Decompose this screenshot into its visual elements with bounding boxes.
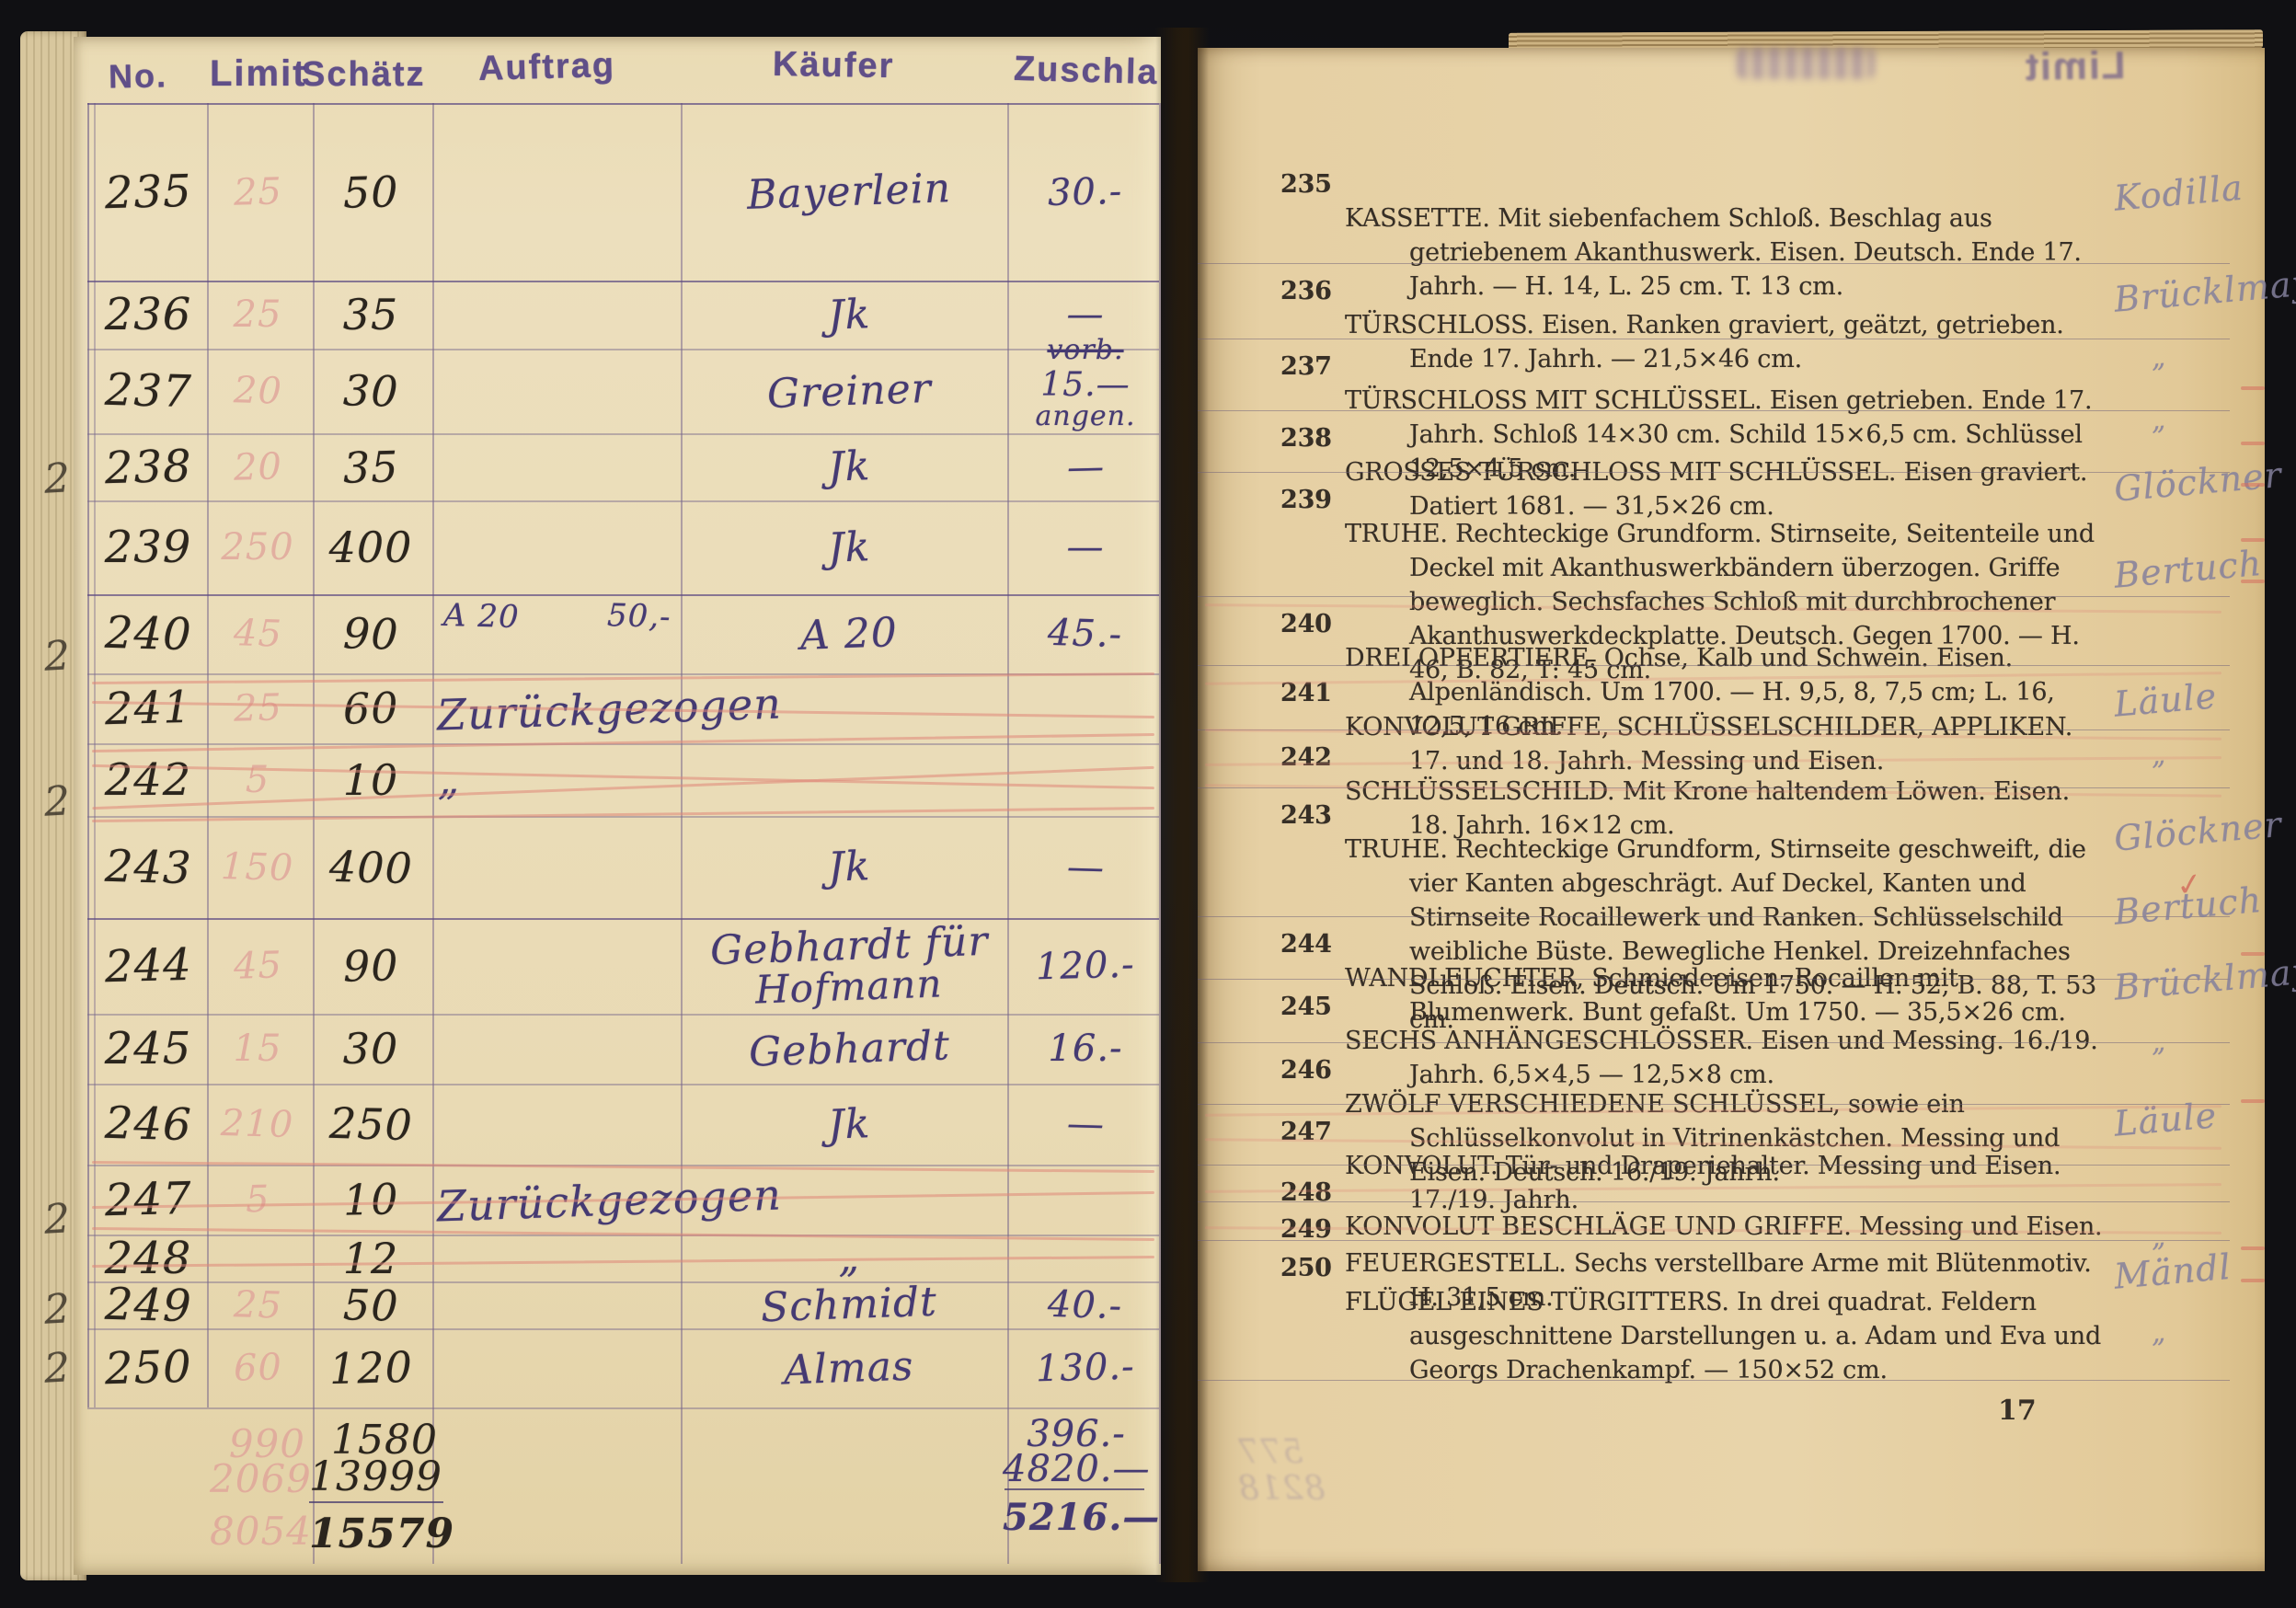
entry-separator [1198, 410, 2230, 411]
table-row: 239250400Jk— [87, 500, 1159, 594]
catalog-lot-number: 235 [1280, 167, 1341, 201]
hammer-price-accepted: angen. [1035, 400, 1135, 432]
totals-rule [309, 1501, 443, 1503]
cell-wrap: — [1013, 1084, 1158, 1165]
cell-wrap: 50 [316, 1281, 426, 1328]
catalog-lot-number: 246 [1280, 1053, 1341, 1087]
ledger-book-photo: No. Limit Schätz Auftrag Käufer Zuschla … [0, 0, 2296, 1608]
hammer-price: 45.- [1048, 612, 1123, 656]
offset-ghost-number: 577 [1237, 1433, 1303, 1471]
cell-wrap: 243 [91, 816, 205, 918]
cell-wrap: Jk [683, 500, 1015, 594]
entry-separator [1198, 263, 2230, 264]
edge-cut-digit: 2 [43, 454, 73, 502]
estimate-value: 50 [342, 1280, 399, 1331]
catalog-lot-number: 250 [1280, 1251, 1341, 1285]
edge-cut-digit: 2 [43, 1195, 73, 1243]
buyer-name: Jk [827, 1100, 871, 1149]
buyer-name: Almas [783, 1342, 914, 1394]
catalog-lot-number: 248 [1280, 1176, 1341, 1210]
hammer-price: 40.- [1048, 1282, 1123, 1327]
cell-wrap: 250 [316, 1084, 426, 1165]
cell-wrap: 60 [316, 673, 426, 743]
buyer-name: Bayerlein [746, 165, 952, 219]
cell-wrap: 35 [316, 433, 426, 500]
column-header-schaetz: Schätz [302, 55, 425, 95]
cell-wrap: 248 [91, 1235, 205, 1281]
table-row: 243150400Jk— [87, 816, 1159, 918]
cell-wrap: 45 [209, 918, 306, 1014]
offset-stamp-limit-mirrored: Limit [2024, 43, 2126, 89]
lot-number: 249 [104, 1278, 192, 1331]
table-row: 2451530Gebhardt16.- [87, 1014, 1159, 1084]
lot-number: 240 [104, 607, 192, 660]
lot-number: 243 [104, 840, 192, 893]
lot-number: 247 [104, 1173, 192, 1226]
lot-number: 237 [104, 364, 192, 418]
estimate-total: 13999 [309, 1453, 438, 1500]
table-row: 2444590Gebhardt fürHofmann120.- [87, 918, 1159, 1014]
hammer-price: 15.— [1040, 366, 1130, 404]
cell-wrap: 25 [209, 103, 306, 281]
lot-number: 245 [105, 1023, 192, 1074]
buyer-name: Gebhardt [748, 1022, 950, 1076]
cell-wrap: 30 [316, 1014, 426, 1084]
cell-wrap: 16.- [1013, 1014, 1158, 1084]
table-row: 2352550Bayerlein30.- [87, 103, 1159, 281]
cell-wrap: 249 [91, 1281, 205, 1328]
cell-wrap: — [1013, 500, 1158, 594]
lot-number: 244 [104, 939, 192, 993]
entry-separator [1198, 979, 2230, 980]
column-header-auftrag: Auftrag [477, 46, 615, 89]
edge-cut-digit: 2 [43, 777, 73, 825]
cell-wrap: Almas [683, 1328, 1015, 1407]
cell-wrap: 10 [316, 743, 426, 816]
entry-separator [1198, 339, 2230, 339]
red-tally-dash [2241, 1246, 2265, 1250]
cell-wrap: 245 [91, 1014, 205, 1084]
cell-wrap: 5 [209, 743, 306, 816]
cell-wrap: 237 [91, 349, 205, 433]
table-row-rule [87, 1407, 1159, 1409]
lot-number: 236 [105, 289, 192, 340]
limit-value: 25 [234, 293, 282, 336]
catalog-lot-number: 237 [1280, 350, 1341, 384]
cell-wrap: 90 [316, 918, 426, 1014]
red-tally-dash [2241, 580, 2265, 583]
cell-wrap: 45 [209, 594, 306, 673]
cell-wrap: 45.- [1013, 594, 1158, 673]
buyer-name: A 20 [799, 609, 898, 660]
limit-value: 45 [233, 612, 282, 655]
bid-order-value: A 20 [442, 597, 520, 636]
limit-value: 25 [233, 170, 282, 213]
hammer-price: 30.- [1048, 169, 1123, 213]
cell-wrap: — [1013, 433, 1158, 500]
cell-wrap: Schmidt [683, 1281, 1015, 1328]
hammer-price: 16.- [1048, 1028, 1122, 1070]
entry-separator [1198, 1042, 2230, 1043]
cell-wrap: Jk [683, 433, 1015, 500]
red-tally-dash [2241, 538, 2265, 542]
entry-separator [1198, 1104, 2230, 1105]
table-row: 2372030Greinervorb.15.—angen. [87, 349, 1159, 433]
hammer-price: 120.- [1036, 944, 1136, 989]
buyer-name: Greiner [766, 364, 932, 417]
hammer-price: — [1066, 1102, 1105, 1145]
estimate-value: 90 [342, 940, 399, 992]
lot-number: 239 [105, 522, 192, 573]
red-tally-dash [2241, 386, 2265, 390]
ink-smudge [1737, 48, 1875, 79]
cell-wrap: 30.- [1013, 103, 1158, 281]
table-row: 2382035Jk— [87, 433, 1159, 500]
estimate-value: 400 [328, 841, 413, 892]
buyer-name: Schmidt [760, 1279, 937, 1332]
cell-wrap: 120 [316, 1328, 426, 1407]
cell-wrap: 235 [91, 103, 205, 281]
estimate-value: 120 [328, 1342, 413, 1394]
cell-wrap: Jk [683, 281, 1015, 349]
lot-number: 238 [104, 440, 192, 493]
estimate-value: 10 [342, 1174, 399, 1225]
limit-value: 45 [233, 944, 282, 987]
cell-wrap: 25 [209, 281, 306, 349]
estimate-value: 400 [329, 523, 413, 572]
cell-wrap: 120.- [1013, 918, 1158, 1014]
catalog-lot-number: 242 [1280, 741, 1341, 775]
cell-wrap: 5 [209, 1165, 306, 1235]
catalog-lot-number: 245 [1280, 990, 1341, 1024]
cell-wrap: 239 [91, 500, 205, 594]
cell-wrap: 210 [209, 1084, 306, 1165]
cell-wrap: 30 [316, 349, 426, 433]
cell-wrap: 15 [209, 1014, 306, 1084]
bid-order-amount: 50,- [607, 597, 672, 636]
cell-wrap: 400 [316, 816, 426, 918]
estimate-value: 30 [343, 1024, 399, 1074]
entry-separator [1198, 1165, 2230, 1166]
entry-separator [1198, 1380, 2230, 1381]
cell-wrap: 50,- [589, 594, 690, 673]
column-header-limit: Limit [210, 53, 307, 95]
limit-value: 20 [233, 369, 282, 412]
red-checkmark: ✓ [2174, 865, 2205, 905]
page-number: 17 [1998, 1395, 2037, 1427]
entry-separator [1198, 1240, 2230, 1241]
book-gutter [1155, 28, 1209, 1582]
lot-number: 241 [104, 682, 192, 735]
buyer-name-line2: Hofmann [754, 960, 943, 1012]
edge-cut-digit: 2 [43, 1285, 73, 1333]
cell-wrap: Greiner [683, 349, 1015, 433]
limit-value: 250 [221, 526, 293, 569]
cell-wrap: Gebhardt [683, 1014, 1015, 1084]
catalog-lot-number: 240 [1280, 607, 1341, 641]
catalog-lot-number: 238 [1280, 421, 1341, 455]
cell-wrap: 246 [91, 1084, 205, 1165]
table-row: 242510„ [87, 743, 1159, 816]
cell-wrap: 236 [91, 281, 205, 349]
hammer-total: 4820.— [1003, 1448, 1150, 1490]
limit-value: 20 [233, 445, 282, 488]
withdrawn-note: „ [436, 754, 461, 805]
offset-ghost-number: 8218 [1237, 1470, 1326, 1508]
limit-value: 5 [246, 759, 270, 801]
lot-number: 242 [105, 754, 192, 806]
hammer-price-reserved: vorb. [1047, 334, 1123, 366]
hammer-total: 5216.— [1003, 1496, 1150, 1539]
limit-value: 15 [234, 1028, 282, 1070]
table-column-rule [1159, 103, 1161, 1564]
cell-wrap: 50 [316, 103, 426, 281]
cell-wrap: 35 [316, 281, 426, 349]
estimate-value: 12 [343, 1234, 399, 1283]
estimate-value: 35 [343, 290, 399, 339]
entry-separator [1198, 665, 2230, 666]
entry-separator [1198, 916, 2230, 917]
cell-wrap: 10 [316, 1165, 426, 1235]
limit-value: 25 [233, 1283, 282, 1327]
red-tally-dash [2241, 952, 2265, 956]
buyer-name: Jk [827, 291, 871, 339]
cell-wrap: 247 [91, 1165, 205, 1235]
estimate-value: 30 [342, 365, 399, 417]
cell-wrap: A 20 [435, 594, 527, 673]
hammer-price: — [1067, 526, 1105, 569]
buyer-name: Jk [827, 843, 871, 891]
cell-wrap: A 20 [683, 594, 1015, 673]
cell-wrap: 12 [316, 1235, 426, 1281]
lot-number: 246 [104, 1097, 192, 1151]
cell-wrap: 130.- [1013, 1328, 1158, 1407]
entry-separator [1198, 1201, 2230, 1202]
cell-wrap: 90 [316, 594, 426, 673]
limit-total: 2069 [210, 1456, 305, 1501]
estimate-value: 60 [342, 683, 399, 734]
cell-wrap: 240 [91, 594, 205, 673]
cell-wrap: Jk [683, 1084, 1015, 1165]
limit-value: 25 [233, 686, 282, 729]
cell-wrap: 20 [209, 349, 306, 433]
estimate-total: 15579 [309, 1510, 438, 1557]
cell-wrap: vorb.15.—angen. [1013, 349, 1158, 433]
column-header-no: No. [109, 56, 168, 96]
table-row: 246210250Jk— [87, 1084, 1159, 1165]
cell-wrap: Jk [683, 816, 1015, 918]
estimate-value: 50 [342, 167, 399, 218]
red-tally-dash [2241, 1099, 2265, 1103]
cell-wrap: 150 [209, 816, 306, 918]
catalog-lot-number: 239 [1280, 483, 1341, 517]
cell-wrap: 400 [316, 500, 426, 594]
cell-wrap: 20 [209, 433, 306, 500]
lot-number: 235 [104, 165, 192, 218]
cell-wrap: 40.- [1013, 1281, 1158, 1328]
catalog-lot-number: 247 [1280, 1115, 1341, 1149]
red-tally-dash [2241, 483, 2265, 487]
column-header-kaeufer: Käufer [773, 45, 895, 86]
estimate-value: 250 [328, 1098, 413, 1150]
catalog-entry: 250FLÜGEL EINES TÜRGITTERS. In drei quad… [1280, 1251, 2113, 1387]
column-header-zuschlag: Zuschla [1013, 50, 1159, 93]
cell-wrap: 238 [91, 433, 205, 500]
table-row: 2492550Schmidt40.- [87, 1281, 1159, 1328]
table-row: 2362535Jk— [87, 281, 1159, 349]
hammer-price: 130.- [1036, 1346, 1136, 1391]
totals-rule [1004, 1488, 1144, 1490]
limit-value: 210 [221, 1102, 295, 1146]
red-tally-dash [2241, 442, 2265, 445]
limit-value: 5 [245, 1178, 270, 1222]
limit-value: 60 [233, 1346, 282, 1389]
hammer-price: — [1066, 845, 1105, 889]
catalog-lot-description: FLÜGEL EINES TÜRGITTERS. In drei quadrat… [1345, 1285, 2113, 1387]
edge-cut-digit: 2 [43, 1344, 73, 1392]
edge-cut-digit: 2 [43, 632, 73, 680]
cell-wrap: — [1013, 816, 1158, 918]
table-row: 2404590A 2050,-A 2045.- [87, 594, 1159, 673]
cell-wrap: 25 [209, 673, 306, 743]
cell-wrap: Bayerlein [683, 103, 1015, 281]
red-tally-dash [2241, 1279, 2265, 1282]
hammer-price: — [1067, 293, 1105, 336]
buyer-name: Jk [827, 523, 871, 572]
lot-number: 248 [105, 1233, 192, 1284]
catalog-lot-number: 243 [1280, 798, 1341, 833]
table-row: 25060120Almas130.- [87, 1328, 1159, 1407]
lot-number: 250 [104, 1341, 192, 1395]
entry-separator [1198, 596, 2230, 597]
cell-wrap: 244 [91, 918, 205, 1014]
catalog-lot-number: 236 [1280, 274, 1341, 308]
limit-total: 8054 [210, 1509, 305, 1554]
estimate-value: 35 [342, 442, 399, 493]
hammer-price: — [1066, 445, 1105, 488]
entry-separator [1198, 472, 2230, 473]
cell-wrap: Gebhardt fürHofmann [683, 918, 1015, 1014]
cell-wrap: 60 [209, 1328, 306, 1407]
cell-wrap: 25 [209, 1281, 306, 1328]
cell-wrap: 250 [91, 1328, 205, 1407]
cell-wrap: 250 [209, 500, 306, 594]
buyer-name: Jk [827, 442, 871, 491]
estimate-value: 90 [342, 608, 399, 660]
catalog-lot-number: 244 [1280, 927, 1341, 961]
limit-value: 150 [221, 844, 295, 889]
